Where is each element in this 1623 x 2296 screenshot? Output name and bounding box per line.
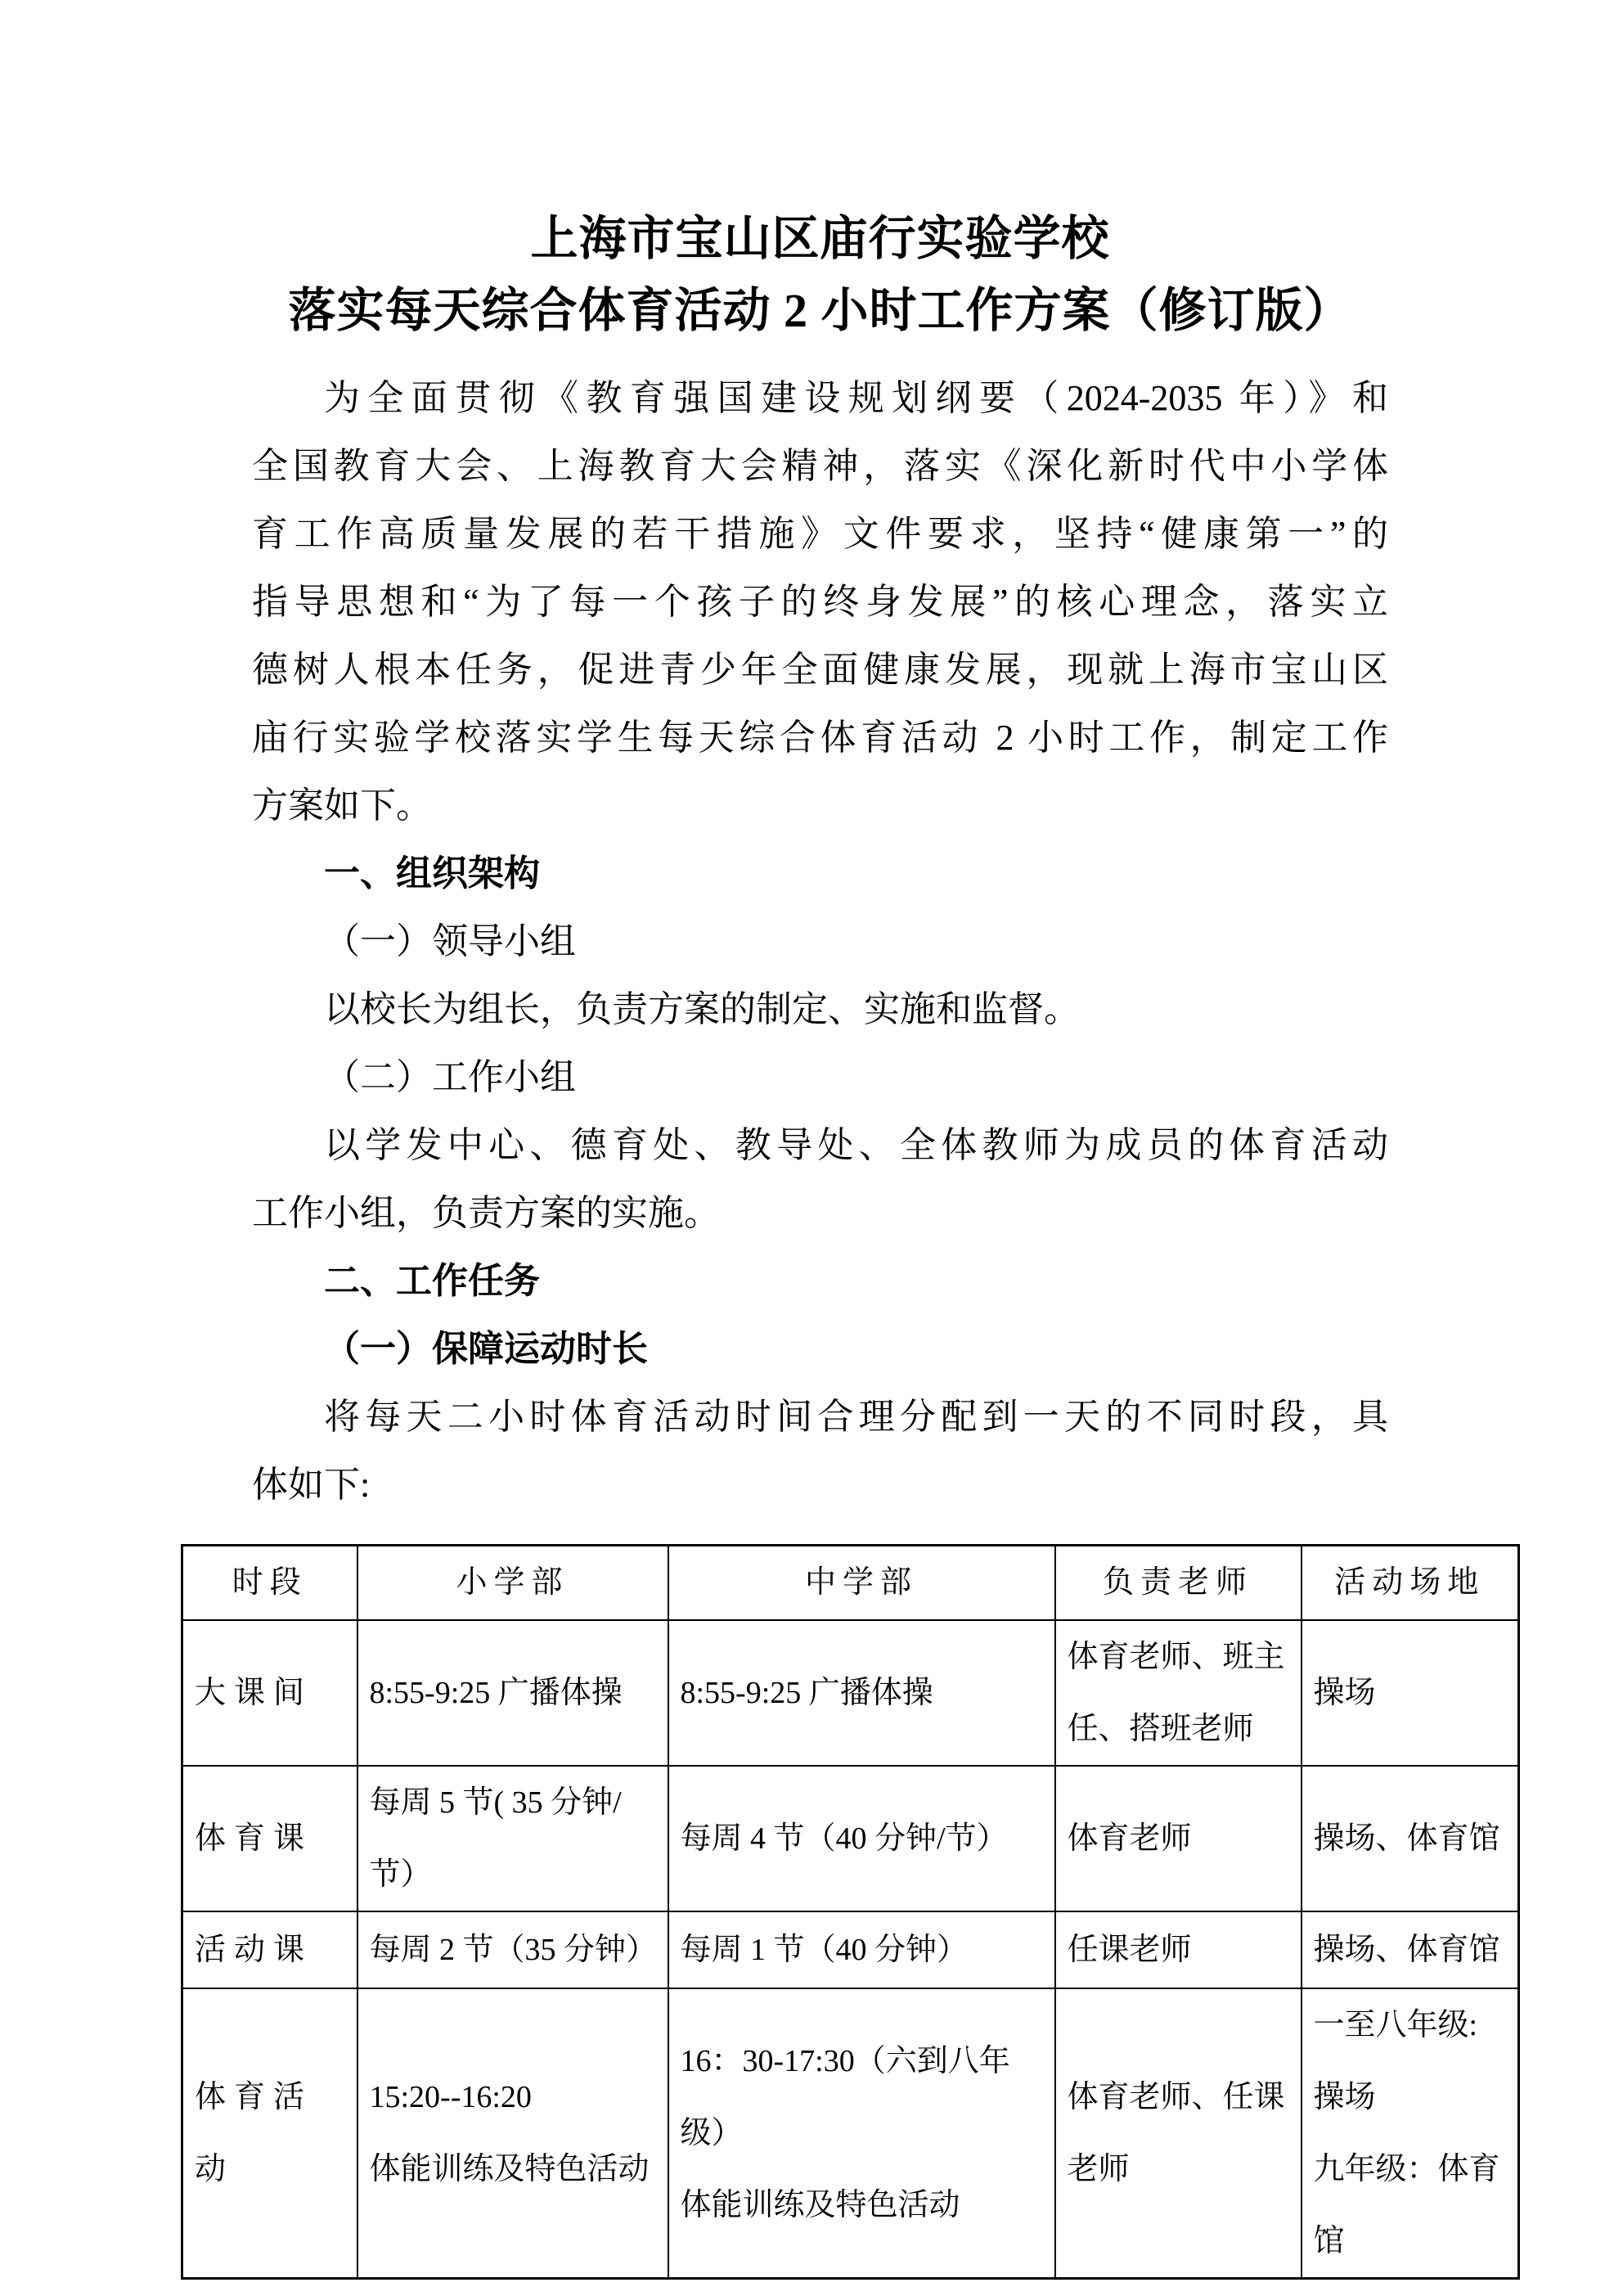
- table-cell: 8:55-9:25 广播体操: [668, 1620, 1055, 1766]
- table-header-row: 时段小学部中学部负责老师活动场地: [182, 1546, 1519, 1620]
- schedule-table: 时段小学部中学部负责老师活动场地 大课间8:55-9:25 广播体操8:55-9…: [181, 1544, 1520, 2280]
- table-cell: 每周 1 节（40 分钟）: [668, 1911, 1055, 1988]
- table-cell: 操场、体育馆: [1302, 1766, 1519, 1911]
- section-heading: 二、工作任务: [252, 1247, 1388, 1315]
- document-body: 为全面贯彻《教育强国建设规划纲要（2024-2035 年）》和全国教育大会、上海…: [252, 364, 1388, 1519]
- table-row: 体育活动15:20--16:20 体能训练及特色活动16：30-17:30（六到…: [182, 1988, 1519, 2279]
- body-line: 全国教育大会、上海教育大会精神，落实《深化新时代中小学体: [252, 432, 1388, 500]
- section-heading: 一、组织架构: [252, 840, 1388, 907]
- doc-title: 上海市宝山区庙行实验学校 落实每天综合体育活动 2 小时工作方案（修订版）: [252, 203, 1388, 347]
- doc-title-line1: 上海市宝山区庙行实验学校: [252, 203, 1388, 275]
- table-header-cell: 时段: [182, 1546, 357, 1620]
- table-row: 活动课每周 2 节（35 分钟）每周 1 节（40 分钟）任课老师操场、体育馆: [182, 1911, 1519, 1988]
- body-line: 工作小组，负责方案的实施。: [252, 1179, 1388, 1247]
- table-cell: 活动课: [182, 1911, 357, 1988]
- table-cell: 一至八年级:操场 九年级：体育馆: [1302, 1988, 1519, 2279]
- table-cell: 体育老师、班主任、搭班老师: [1055, 1620, 1302, 1766]
- table-cell: 体育课: [182, 1766, 357, 1911]
- table-row: 大课间8:55-9:25 广播体操8:55-9:25 广播体操体育老师、班主任、…: [182, 1620, 1519, 1766]
- table-cell: 体育活动: [182, 1988, 357, 2279]
- table-cell: 体育老师: [1055, 1766, 1302, 1911]
- body-line: 将每天二小时体育活动时间合理分配到一天的不同时段，具: [252, 1383, 1388, 1451]
- table-cell: 15:20--16:20 体能训练及特色活动: [357, 1988, 668, 2279]
- table-header-cell: 负责老师: [1055, 1546, 1302, 1620]
- table-cell: 操场: [1302, 1620, 1519, 1766]
- table-header-cell: 中学部: [668, 1546, 1055, 1620]
- table-cell: 大课间: [182, 1620, 357, 1766]
- table-cell: 任课老师: [1055, 1911, 1302, 1988]
- table-header-cell: 活动场地: [1302, 1546, 1519, 1620]
- document-page: 上海市宝山区庙行实验学校 落实每天综合体育活动 2 小时工作方案（修订版） 为全…: [0, 0, 1623, 2296]
- section-heading: （一）保障运动时长: [252, 1315, 1388, 1383]
- table-cell: 每周 5 节( 35 分钟/节）: [357, 1766, 668, 1911]
- table-row: 体育课每周 5 节( 35 分钟/节）每周 4 节（40 分钟/节）体育老师操场…: [182, 1766, 1519, 1911]
- body-line: （一）领导小组: [252, 907, 1388, 975]
- body-line: 以学发中心、德育处、教导处、全体教师为成员的体育活动: [252, 1111, 1388, 1179]
- doc-title-line2: 落实每天综合体育活动 2 小时工作方案（修订版）: [252, 275, 1388, 347]
- table-cell: 操场、体育馆: [1302, 1911, 1519, 1988]
- body-line: 育工作高质量发展的若干措施》文件要求，坚持“健康第一”的: [252, 500, 1388, 568]
- body-line: 指导思想和“为了每一个孩子的终身发展”的核心理念，落实立: [252, 568, 1388, 636]
- body-line: 德树人根本任务，促进青少年全面健康发展，现就上海市宝山区: [252, 636, 1388, 704]
- body-line: 体如下:: [252, 1451, 1388, 1519]
- body-line: （二）工作小组: [252, 1043, 1388, 1111]
- table-cell: 体育老师、任课老师: [1055, 1988, 1302, 2279]
- table-cell: 每周 2 节（35 分钟）: [357, 1911, 668, 1988]
- table-header-cell: 小学部: [357, 1546, 668, 1620]
- body-line: 以校长为组长，负责方案的制定、实施和监督。: [252, 975, 1388, 1043]
- table-cell: 16：30-17:30（六到八年级） 体能训练及特色活动: [668, 1988, 1055, 2279]
- body-line: 方案如下。: [252, 772, 1388, 840]
- body-line: 为全面贯彻《教育强国建设规划纲要（2024-2035 年）》和: [252, 364, 1388, 432]
- table-cell: 每周 4 节（40 分钟/节）: [668, 1766, 1055, 1911]
- body-line: 庙行实验学校落实学生每天综合体育活动 2 小时工作，制定工作: [252, 704, 1388, 772]
- table-cell: 8:55-9:25 广播体操: [357, 1620, 668, 1766]
